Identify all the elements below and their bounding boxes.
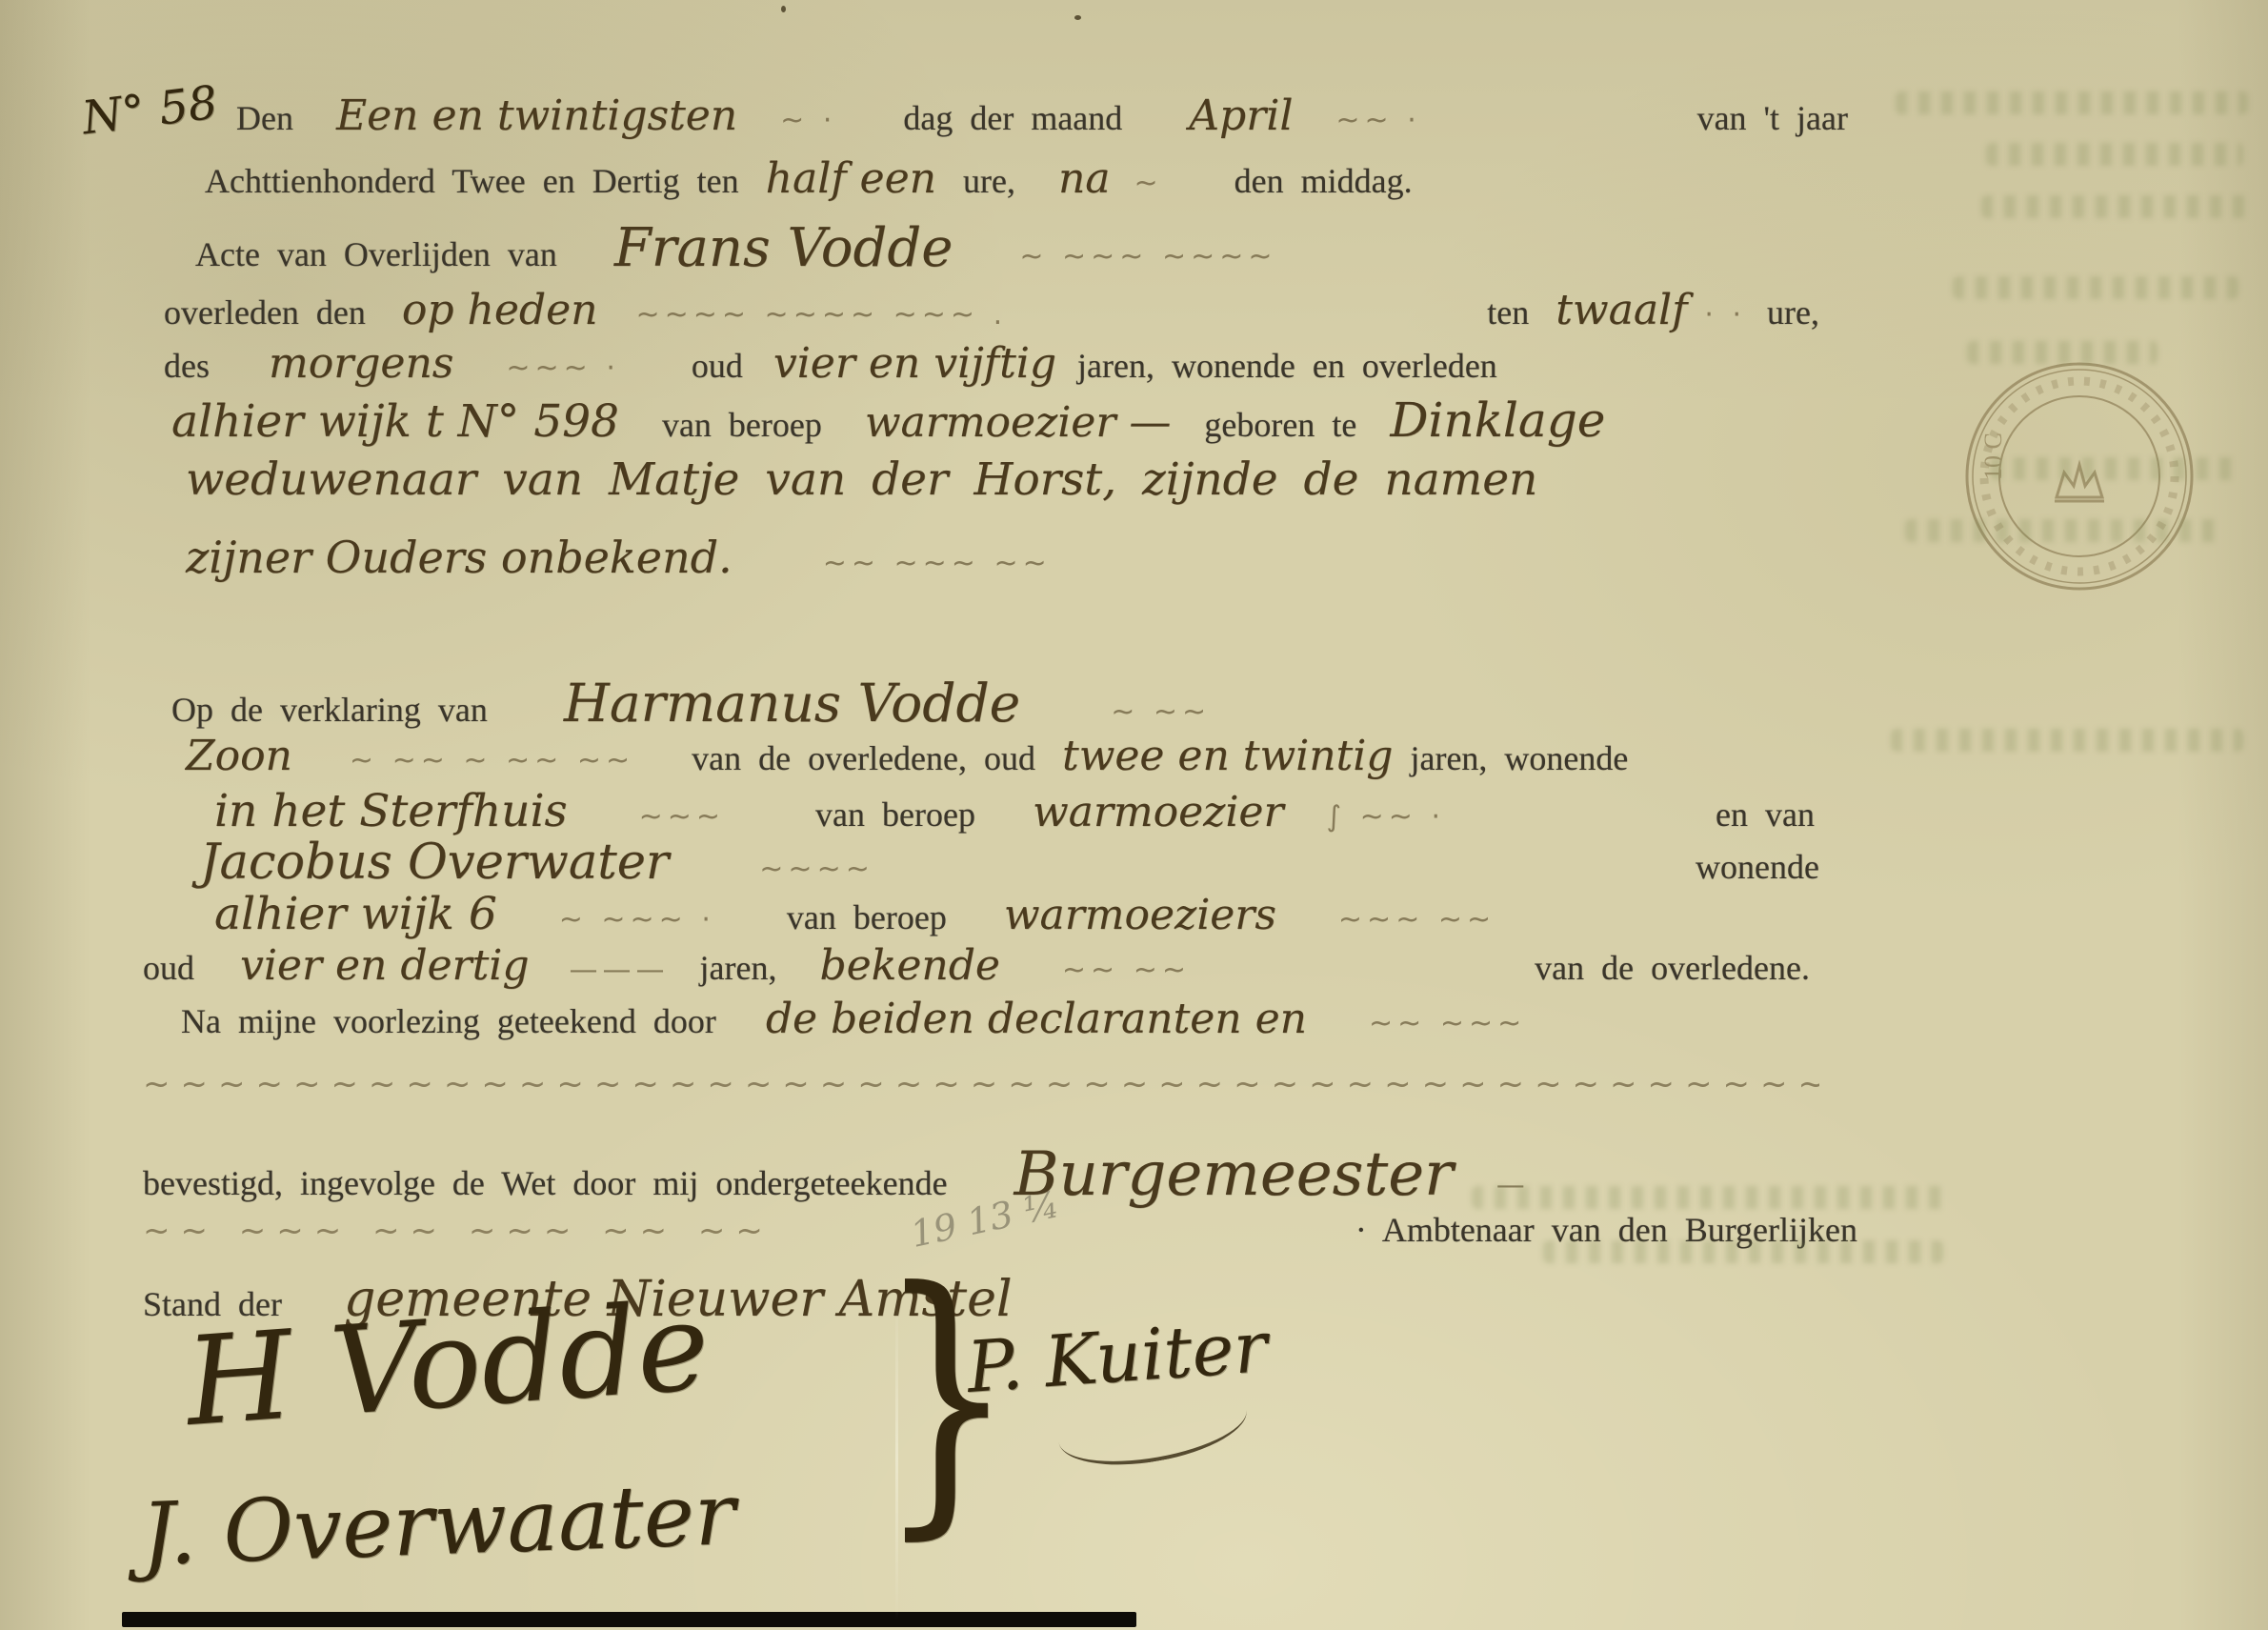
printed-dag-der-maand: dag der maand <box>903 98 1122 138</box>
filler-squiggle: ~ ~~~ · <box>559 903 715 936</box>
printed-oud: oud <box>143 948 194 988</box>
filler-squiggle: ~ ~~ <box>1111 695 1211 729</box>
handwritten-declarant1-occupation: warmoezier <box>1033 788 1284 836</box>
printed-oud: oud <box>692 346 743 386</box>
printed-van-t-jaar: van 't jaar <box>1697 98 1848 138</box>
printed-ure: ure, <box>963 161 1015 201</box>
line-declarant2-age: oud vier en dertig ——— jaren, bekende ~~… <box>0 941 1872 990</box>
line-year-time: Achttienhonderd Twee en Dertig ten half … <box>0 154 1872 203</box>
handwritten-relation: Zoon <box>186 732 292 780</box>
printed-acte-van-overlijden: Acte van Overlijden van <box>195 234 557 274</box>
handwritten-hour: twaalf <box>1555 286 1687 334</box>
printed-van-de-overledene: van de overledene. <box>1535 948 1810 988</box>
handwritten-declarant1-name: Harmanus Vodde <box>564 673 1020 734</box>
printed-year: Achttienhonderd Twee en Dertig ten <box>205 161 739 201</box>
bleed-through-text <box>1905 519 2219 542</box>
handwritten-widower-of: weduwenaar van Matje van der Horst, zijn… <box>186 453 1537 506</box>
scan-speck <box>781 6 786 12</box>
filler-squiggle: ~~ · <box>1335 104 1420 137</box>
squiggle-rule: ~~ ~~~ ~~ ~~~ ~~ ~~ <box>143 1212 772 1250</box>
handwritten-declarant2-occupation: warmoeziers <box>1004 891 1276 939</box>
printed-des: des <box>164 346 210 386</box>
line-declarant1-address: in het Sterfhuis ~~~ van beroep warmoezi… <box>0 785 1872 837</box>
handwritten-declarant1-address: in het Sterfhuis <box>214 785 568 837</box>
printed-geboren-te: geboren te <box>1204 405 1356 445</box>
handwritten-declarant2-relation: bekende <box>819 941 999 990</box>
printed-jaren-wonende: jaren, wonende <box>1410 738 1628 778</box>
handwritten-declarant2-address: alhier wijk 6 <box>214 888 497 940</box>
bleed-through-text <box>1472 1186 1948 1209</box>
handwritten-parents-unknown: zijner Ouders onbekend. <box>186 532 733 583</box>
handwritten-day: Een en twintigsten <box>336 91 737 140</box>
printed-bevestigd: bevestigd, ingevolge de Wet door mij ond… <box>143 1163 948 1203</box>
line-morning-age: des morgens ~~~ · oud vier en vijftig ja… <box>0 339 1872 388</box>
handwritten-signed-by: de beiden declaranten en <box>766 995 1307 1043</box>
filler-squiggle: ~ ~~~ ~~~~ <box>1019 240 1757 273</box>
handwritten-official-title: Burgemeester <box>1014 1139 1454 1210</box>
printed-jaren: jaren, <box>700 948 777 988</box>
printed-na-mijne-voorlezing: Na mijne voorlezing geteekend door <box>181 1001 716 1041</box>
handwritten-age: vier en vijftig <box>773 339 1056 388</box>
filler-dash: ——— <box>570 954 670 987</box>
line-voorlezing: Na mijne voorlezing geteekend door de be… <box>0 995 1872 1043</box>
filler-squiggle: ~ · <box>780 104 836 137</box>
handwritten-declarant1-age: twee en twintig <box>1062 732 1393 780</box>
filler-squiggle: ~ <box>1134 167 1163 200</box>
line-acte-title: Acte van Overlijden van Frans Vodde ~ ~~… <box>0 217 1872 279</box>
printed-van-de-overledene-oud: van de overledene, oud <box>692 738 1035 778</box>
printed-van-beroep: van beroep <box>815 795 975 835</box>
printed-overleden-den: overleden den <box>164 292 366 332</box>
bleed-through-text <box>1986 143 2243 166</box>
filler-squiggle: ~~~~ <box>759 853 874 886</box>
line-widower: weduwenaar van Matje van der Horst, zijn… <box>0 453 1872 506</box>
line-declarant1-relation: Zoon ~ ~~ ~ ~~ ~~ van de overledene, oud… <box>0 732 1872 780</box>
printed-en-van: en van <box>1716 795 1815 835</box>
printed-den-middag: den middag. <box>1234 161 1413 201</box>
printed-ure: ure, <box>1767 292 1819 332</box>
line-declarant2-address: alhier wijk 6 ~ ~~~ · van beroep warmoez… <box>0 888 1872 940</box>
printed-van-beroep: van beroep <box>662 405 822 445</box>
printed-van-beroep: van beroep <box>787 897 947 937</box>
printed-op-de-verklaring: Op de verklaring van <box>171 690 488 730</box>
line-squiggle-rule: ~~~~~~~~~~~~~~~~~~~~~~~~~~~~~~~~~~~~~~~~… <box>0 1065 1872 1103</box>
death-certificate-scan: N° 58 Den Een en twintigsten ~ · dag der… <box>0 0 2268 1630</box>
handwritten-deceased-name: Frans Vodde <box>614 217 953 279</box>
handwritten-month: April <box>1189 91 1293 140</box>
filler-squiggle: ~ ~~ ~ ~~ ~~ <box>350 744 634 777</box>
line-date: Den Een en twintigsten ~ · dag der maand… <box>0 91 1872 140</box>
filler-squiggle: ~~ ~~~ ~~ <box>823 547 1052 580</box>
filler-squiggle: ~~~~ ~~~~ ~~~ . <box>635 298 1487 332</box>
printed-jaren-wonende: jaren, wonende en overleden <box>1077 346 1497 386</box>
bleed-through-text <box>1891 729 2243 752</box>
bleed-through-text <box>1967 341 2158 364</box>
line-death-day: overleden den op heden ~~~~ ~~~~ ~~~ . t… <box>0 286 1872 334</box>
line-declaration: Op de verklaring van Harmanus Vodde ~ ~~ <box>0 673 1872 734</box>
filler-squiggle: ~~~ · <box>506 352 619 385</box>
handwritten-morgens: morgens <box>269 339 453 388</box>
line-parents-unknown: zijner Ouders onbekend. ~~ ~~~ ~~ <box>0 532 1872 583</box>
scan-edge-strip <box>122 1612 1136 1627</box>
printed-den: Den <box>236 98 293 138</box>
printed-ten: ten <box>1487 292 1529 332</box>
line-address-occupation: alhier wijk t N° 598 van beroep warmoezi… <box>0 392 1872 448</box>
filler-squiggle: ~~~ <box>639 800 725 834</box>
bleed-through-text <box>1896 91 2248 114</box>
handwritten-address: alhier wijk t N° 598 <box>171 395 619 448</box>
handwritten-declarant2-age: vier en dertig <box>240 941 530 990</box>
handwritten-occupation: warmoezier — <box>865 398 1172 447</box>
squiggle-rule: ~~~~~~~~~~~~~~~~~~~~~~~~~~~~~~~~~~~~~~~~… <box>143 1065 1819 1103</box>
bleed-through-text <box>1981 195 2248 218</box>
handwritten-declarant2-name: Jacobus Overwater <box>200 835 669 891</box>
paper-crease <box>895 1296 898 1620</box>
bleed-through-text <box>1543 1240 1943 1263</box>
filler-squiggle: ~~~ ~~ <box>1338 903 1495 936</box>
handwritten-ampm: na <box>1058 154 1111 203</box>
filler-dots: · · <box>1704 298 1746 332</box>
handwritten-birthplace: Dinklage <box>1390 392 1605 448</box>
handwritten-op-heden: op heden <box>402 286 598 334</box>
scan-speck <box>1074 15 1081 20</box>
line-declarant2-name: Jacobus Overwater ~~~~ wonende <box>0 835 1872 891</box>
bleed-through-text <box>1991 457 2238 480</box>
filler-squiggle: ~~ ~~~ <box>1369 1007 1526 1040</box>
handwritten-time: half een <box>766 154 936 203</box>
filler-squiggle: ∫ ~~ · <box>1326 800 1445 834</box>
filler-squiggle: ~~ ~~ <box>1062 954 1191 987</box>
bleed-through-text <box>1953 276 2238 299</box>
printed-wonende: wonende <box>1696 847 1819 887</box>
signature-declarant2: J. Overwaater <box>139 1464 736 1585</box>
